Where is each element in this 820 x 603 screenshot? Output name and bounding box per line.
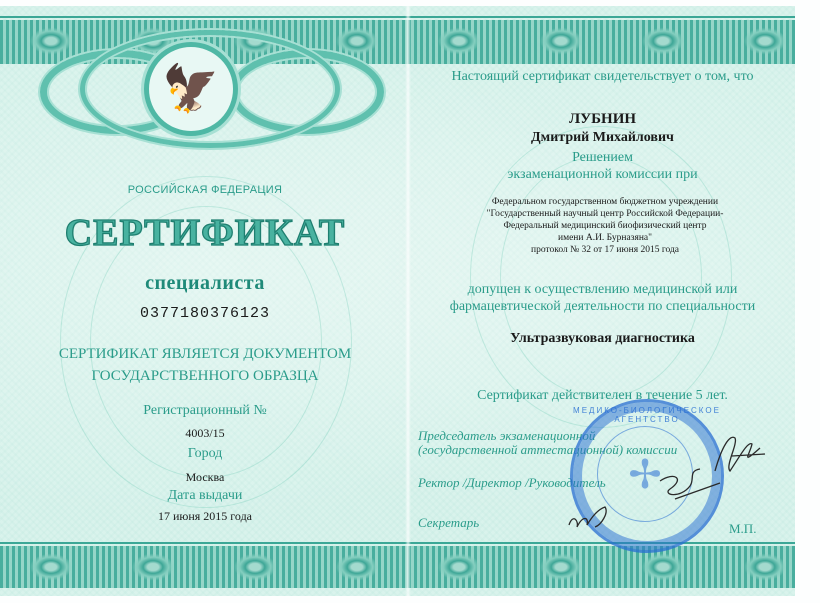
serial-number: 0377180376123 xyxy=(0,305,410,322)
issue-date-value: 17 июня 2015 года xyxy=(0,509,410,524)
registration-value: 4003/15 xyxy=(0,426,410,441)
organization-line: Федеральный медицинский биофизический це… xyxy=(430,220,780,232)
top-border-line xyxy=(0,16,795,18)
organization-line: "Государственный научный центр Российско… xyxy=(430,208,780,220)
validity-period: Сертификат действителен в течение 5 лет. xyxy=(410,388,795,404)
bottom-ornament-band xyxy=(0,546,795,588)
issue-date-label: Дата выдачи xyxy=(0,488,410,504)
country-name: РОССИЙСКАЯ ФЕДЕРАЦИЯ xyxy=(0,184,410,196)
certificate-header: Настоящий сертификат свидетельствует о т… xyxy=(410,69,795,85)
guilloche-pattern xyxy=(500,156,702,398)
certificate-title: СЕРТИФИКАТ xyxy=(0,211,410,255)
seal-place-label: М.П. xyxy=(729,521,756,537)
statement-line-2: ГОСУДАРСТВЕННОГО ОБРАЗЦА xyxy=(0,365,410,387)
organization-line: Федеральном государственном бюджетном уч… xyxy=(430,196,780,208)
city-value: Москва xyxy=(0,470,410,485)
certificate-subtitle: специалиста xyxy=(0,272,410,295)
admission-text: допущен к осуществлению медицинской или … xyxy=(410,281,795,315)
protocol-line: протокол № 32 от 17 июня 2015 года xyxy=(430,244,780,256)
decision-line-2: экзаменационной комиссии при xyxy=(410,166,795,183)
russian-coat-of-arms-icon: 🦅 xyxy=(144,42,238,136)
holder-surname: ЛУБНИН xyxy=(410,111,795,128)
holder-given-names: Дмитрий Михайлович xyxy=(410,130,795,146)
registration-label: Регистрационный № xyxy=(0,403,410,419)
specialty: Ультразвуковая диагностика xyxy=(410,331,795,347)
certificate-paper: 🦅 РОССИЙСКАЯ ФЕДЕРАЦИЯ СЕРТИФИКАТ специа… xyxy=(0,6,795,596)
statement-line-1: СЕРТИФИКАТ ЯВЛЯЕТСЯ ДОКУМЕНТОМ xyxy=(0,343,410,365)
scan-margin xyxy=(795,0,820,603)
secretary-label: Секретарь xyxy=(418,516,479,530)
secretary-signature xyxy=(565,503,625,533)
admission-line-1: допущен к осуществлению медицинской или xyxy=(410,281,795,298)
director-signature xyxy=(650,461,740,511)
decision-line-1: Решением xyxy=(410,149,795,166)
issuing-organization: Федеральном государственном бюджетном уч… xyxy=(430,196,780,256)
stamp-text: МЕДИКО-БИОЛОГИЧЕСКОЕ АГЕНТСТВО xyxy=(573,406,721,424)
organization-line: имени А.И. Бурназяна" xyxy=(430,232,780,244)
decision-text: Решением экзаменационной комиссии при xyxy=(410,149,795,183)
state-document-statement: СЕРТИФИКАТ ЯВЛЯЕТСЯ ДОКУМЕНТОМ ГОСУДАРСТ… xyxy=(0,343,410,387)
city-label: Город xyxy=(0,446,410,462)
admission-line-2: фармацевтической деятельности по специал… xyxy=(410,298,795,315)
